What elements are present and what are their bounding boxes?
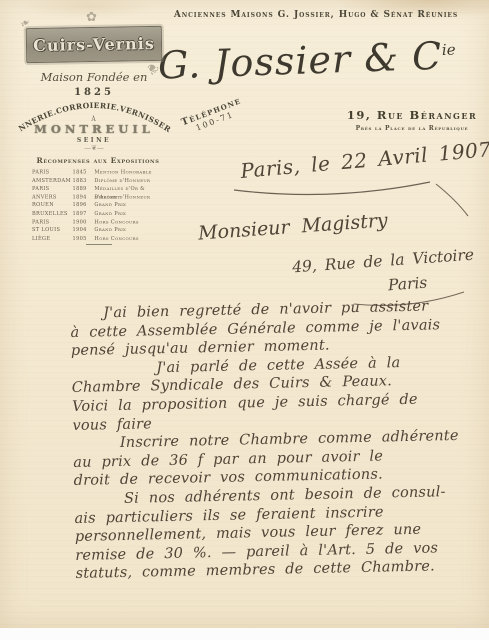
award-row: Rouen 1896 Grand Prix (32, 201, 169, 209)
award-year: 1896 (73, 201, 95, 209)
award-row: Paris 1889 Médailles d'Or & d'Argent (32, 185, 169, 193)
company-name-suffix: ie (442, 41, 456, 59)
award-year: 1905 (73, 234, 95, 242)
award-name: Hors Concours (94, 218, 169, 226)
award-city: Bruxelles (32, 209, 73, 217)
award-city: Rouen (32, 201, 73, 209)
award-year: 1894 (73, 193, 95, 201)
award-row: Anvers 1894 Diplôme d'Honneur (32, 193, 169, 201)
award-row: Amsterdam 1883 Diplôme d'Honneur (32, 176, 169, 184)
award-city: St Louis (32, 226, 73, 234)
award-name: Grand Prix (94, 201, 169, 209)
award-row: Paris 1900 Hors Concours (32, 218, 169, 226)
award-row: Bruxelles 1897 Grand Prix (32, 209, 169, 217)
award-city: Paris (32, 218, 73, 226)
award-year: 1883 (73, 176, 95, 184)
award-name: Grand Prix (94, 226, 169, 234)
award-name: Grand Prix (94, 209, 169, 217)
award-name: Diplôme d'Honneur (94, 176, 169, 184)
address-subline: Près la Place de la République (338, 125, 486, 132)
department-seine: Seine (8, 137, 180, 144)
award-year: 1845 (73, 168, 95, 176)
award-city: Liège (32, 234, 73, 242)
awards-title: Récompenses aux Expositions (8, 156, 188, 165)
awards-table: Paris 1845 Mention Honorable Amsterdam 1… (32, 168, 169, 242)
award-city: Anvers (32, 193, 73, 201)
award-name: Hors Concours (94, 234, 169, 242)
scan-background-edge (0, 628, 489, 640)
award-year: 1900 (73, 218, 95, 226)
company-address: 19, Rue Béranger Près la Place de la Rép… (338, 108, 486, 132)
awards-end-rule (86, 244, 112, 245)
award-year: 1897 (73, 209, 95, 217)
letter-body: J'ai bien regretté de n'avoir pu assiste… (70, 296, 484, 583)
award-name: Mention Honorable (94, 168, 169, 176)
award-city: Amsterdam (32, 176, 73, 184)
award-row: Liège 1905 Hors Concours (32, 234, 169, 242)
award-name: Diplôme d'Honneur (94, 193, 169, 201)
banner-label: Cuirs-Vernis (33, 34, 155, 55)
founded-year: 1825 (8, 87, 180, 98)
award-row: St Louis 1904 Grand Prix (32, 226, 169, 234)
award-year: 1904 (73, 226, 95, 234)
founded-label: Maison Fondée en (8, 70, 180, 84)
ornament-separator-icon: —❦— (8, 144, 180, 152)
sprig-icon: ✿ (86, 10, 97, 25)
city-montreuil: Montreuil (8, 122, 180, 136)
award-row: Paris 1845 Mention Honorable (32, 168, 169, 176)
former-houses-line: Anciennes Maisons G. Jossier, Hugo & Sén… (150, 10, 482, 20)
scanned-letter-1907: Anciennes Maisons G. Jossier, Hugo & Sén… (0, 0, 489, 640)
award-city: Paris (32, 168, 73, 176)
cuirs-vernis-banner: Cuirs-Vernis (26, 26, 163, 63)
body-line-text: vous faire (72, 416, 152, 434)
address-street: 19, Rue Béranger (338, 108, 486, 122)
